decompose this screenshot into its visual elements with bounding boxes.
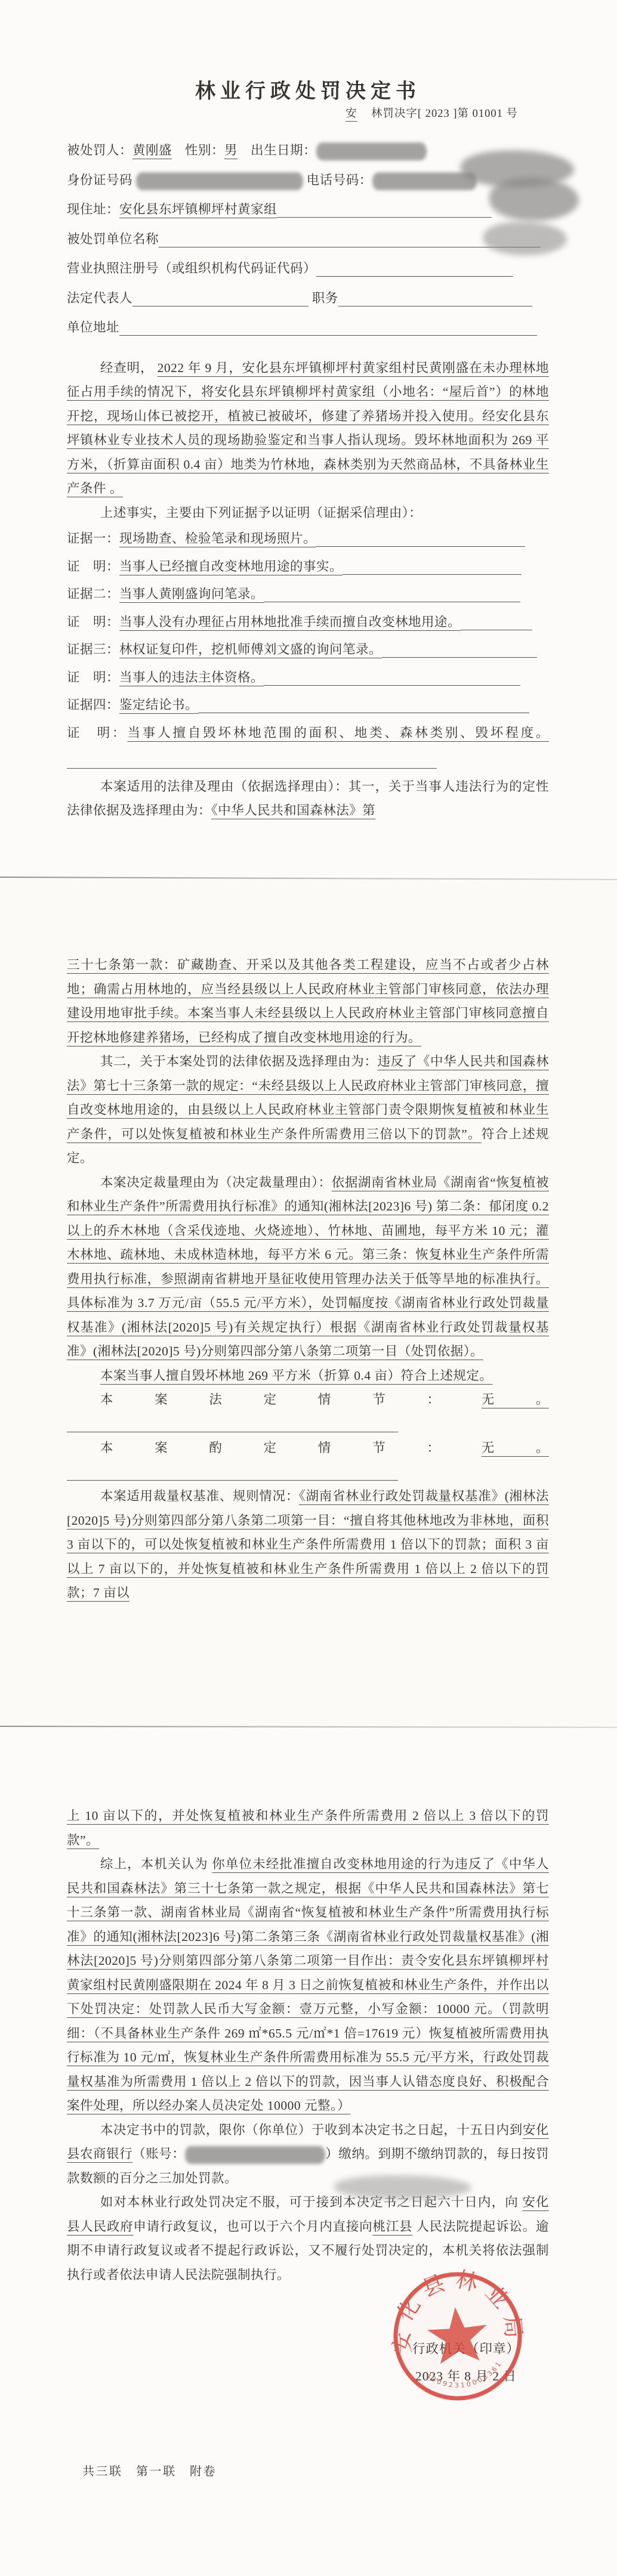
text-segment: 林权证复印件，挖机师傅刘文盛的询问笔录。 <box>119 642 382 657</box>
blank-line <box>461 617 532 630</box>
text-segment: 证据三： <box>67 642 119 657</box>
text-segment: 证 明： <box>67 670 119 685</box>
page-1: 林业行政处罚决定书 安林罚决字[ 2023 ]第 01001 号被处罚人：黄刚盛… <box>0 0 617 877</box>
page-1-paragraphs: 安林罚决字[ 2023 ]第 01001 号被处罚人：黄刚盛 性别：男 出生日期… <box>67 105 549 823</box>
evidence-1: 证据一：现场勘查、检验笔录和现场照片。 <box>67 525 549 553</box>
blank-line <box>343 561 522 575</box>
blank-line <box>264 589 520 603</box>
text-segment: 无。 <box>482 1441 549 1455</box>
blank-line <box>316 264 513 277</box>
text-segment: 当事人的违法主体资格。 <box>119 670 264 685</box>
text-segment: 安 <box>332 105 371 123</box>
doc-title-spacer: 安林罚决字[ 2023 ]第 01001 号 <box>67 105 549 123</box>
text-segment: 当事人已经擅自改变林地用途的事实。 <box>119 559 343 574</box>
text-segment: 身份证号码 <box>67 173 136 187</box>
text-segment: 本案法定情节： <box>100 1392 482 1407</box>
text-segment: 职务 <box>308 291 338 305</box>
blank-line <box>67 756 437 769</box>
evidence-2-proof: 证 明：当事人没有办理征占用林地批准手续而擅自改变林地用途。 <box>67 608 549 636</box>
blank-line <box>277 205 492 218</box>
law-article-37: 三十七条第一款：矿藏勘查、开采以及其他各类工程建设，应当不占或者少占林地；确需占… <box>67 953 549 1049</box>
discretion-reason: 本案决定裁量理由为（决定裁量理由）：依据湖南省林业局《湖南省“恢复植被和林业生产… <box>67 1171 549 1364</box>
text-segment: （账号： <box>132 2147 185 2161</box>
penalty-basis: 其二，关于本案处罚的法律依据及选择理由为：违反了《中华人民共和国森林法》第七十三… <box>67 1049 549 1171</box>
decision-paragraph: 综上，本机关认为 你单位未经批准擅自改变林地用途的行为违反了《中华人民共和国森林… <box>67 1852 549 2118</box>
redaction-smudge <box>334 2175 471 2199</box>
discretionary-circumstances: 本案酌定情节：无。 <box>67 1436 549 1484</box>
blank-line <box>264 672 520 686</box>
text-segment: 男 <box>224 143 237 157</box>
text-segment: 如对本林业行政处罚决定不服，可于接到本决定书之日起六十日内，向 <box>100 2195 522 2209</box>
redaction-smudge <box>316 143 427 160</box>
evidence-intro: 上述事实，主要由下列证据予以证明（证据采信理由）： <box>67 501 549 525</box>
evidence-4-proof: 证 明：当事人擅自毁坏林地范围的面积、地类、森林类别、毁坏程度。 <box>67 719 549 775</box>
text-segment: 安化县东坪镇柳坪村黄家组 <box>119 202 277 216</box>
payment-paragraph: 本决定书中的罚款，限你（你单位）于收到本决定书之日起，十五日内到安化县农商银行（… <box>67 2118 549 2191</box>
text-segment: 本案决定裁量理由为（决定裁量理由）： <box>100 1175 332 1190</box>
form-line-unit-address: 单位地址 <box>67 313 549 343</box>
page-3: 上 10 亩以下的，并处恢复植被和林业生产条件所需费用 2 倍以上 3 倍以下的… <box>0 1727 617 2576</box>
footer-copy-info: 共三联 第一联 附卷 <box>82 2462 217 2479</box>
official-seal: 安化县林业局 43092310003361 <box>382 2260 533 2412</box>
redaction-smudge <box>489 178 579 221</box>
text-segment: 综上，本机关认为 <box>100 1857 212 1871</box>
text-segment: 桃江县 <box>372 2219 412 2234</box>
text-segment: 本决定书中的罚款，限你（你单位）于收到本决定书之日起，十五日内到 <box>100 2123 523 2137</box>
text-segment: 当事人擅自毁坏林地范围的面积、地类、森林类别、毁坏程度。 <box>127 726 549 740</box>
redaction-smudge <box>372 172 477 190</box>
text-segment: 证据一： <box>67 531 119 546</box>
text-segment: 现场勘查、检验笔录和现场照片。 <box>119 531 316 546</box>
scanned-document: 林业行政处罚决定书 安林罚决字[ 2023 ]第 01001 号被处罚人：黄刚盛… <box>0 0 617 2576</box>
text-segment: 当事人没有办理征占用林地批准手续而擅自改变林地用途。 <box>119 615 461 629</box>
text-segment: 电话号码： <box>303 173 372 187</box>
text-segment: 证 明： <box>67 726 127 740</box>
statutory-circumstances: 本案法定情节：无。 <box>67 1388 549 1436</box>
law-basis-intro: 本案适用的法律及理由（依据选择理由）：其一，关于当事人违法行为的定性法律依据及选… <box>67 775 549 823</box>
benchmark-continued: 上 10 亩以下的，并处恢复植被和林业生产条件所需费用 2 倍以上 3 倍以下的… <box>67 1804 549 1852</box>
text-segment: 黄刚盛 <box>132 143 172 157</box>
text-segment: 证 明： <box>67 559 119 574</box>
text-segment: 性别： <box>172 143 224 157</box>
blank-line <box>67 1467 398 1481</box>
text-segment: 证据四： <box>67 698 119 712</box>
evidence-4: 证据四：鉴定结论书。 <box>67 691 549 719</box>
form-line-unit-name: 被处罚单位名称 <box>67 225 549 255</box>
text-segment: 《湖南省林业行政处罚裁量权基准》(湘林法[2020]5 号)分则第四部分第八条第… <box>67 1489 549 1600</box>
page-2: 三十七条第一款：矿藏勘查、开采以及其他各类工程建设，应当不占或者少占林地；确需占… <box>0 878 617 1725</box>
text-segment: 你单位未经批准擅自改变林地用途的行为违反了《中华人民共和国森林法》第三十七条第一… <box>67 1857 549 2113</box>
text-segment: 当事人黄刚盛询问笔录。 <box>119 587 264 601</box>
evidence-2: 证据二：当事人黄刚盛询问笔录。 <box>67 580 549 608</box>
text-segment: 本案适用裁量权基准、规则情况： <box>100 1489 299 1503</box>
text-segment: 本案当事人擅自毁坏林地 269 平方米（折算 0.4 亩）符合上述规定。 <box>100 1368 493 1383</box>
text-segment: 单位地址 <box>67 320 119 335</box>
evidence-1-proof: 证 明：当事人已经擅自改变林地用途的事实。 <box>67 553 549 581</box>
document-title: 林业行政处罚决定书 <box>67 79 549 105</box>
text-segment: 证据二： <box>67 587 119 601</box>
text-segment: 依据湖南省林业局《湖南省“恢复植被和林业生产条件”所需费用执行标准》的通知(湘林… <box>67 1175 549 1359</box>
text-segment: 鉴定结论书。 <box>119 698 198 712</box>
facts-paragraph: 经查明， 2022 年 9 月，安化县东坪镇柳坪村黄家组村民黄刚盛在未办理林地征… <box>67 356 549 501</box>
discretion-benchmark: 本案适用裁量权基准、规则情况：《湖南省林业行政处罚裁量权基准》(湘林法[2020… <box>67 1484 549 1605</box>
form-line-legal-rep: 法定代表人 职务 <box>67 284 549 314</box>
blank-line <box>132 293 308 306</box>
text-segment: 本案酌定情节： <box>100 1441 482 1455</box>
text-segment: 被处罚单位名称 <box>67 232 159 246</box>
evidence-3-proof: 证 明：当事人的违法主体资格。 <box>67 664 549 692</box>
text-segment: 法定代表人 <box>67 291 132 305</box>
evidence-3: 证据三：林权证复印件，挖机师傅刘文盛的询问笔录。 <box>67 636 549 664</box>
text-segment: 证 明： <box>67 615 119 629</box>
redaction-smudge <box>136 172 303 190</box>
blank-line <box>382 645 537 658</box>
blank-line <box>198 700 529 714</box>
form-line-license: 营业执照注册号（或组织机构代码证代码） <box>67 254 549 284</box>
text-segment: 现住址： <box>67 202 119 216</box>
text-segment: 申请行政复议，也可以于六个月内直接向 <box>133 2219 372 2234</box>
text-segment: 2022 年 9 月，安化县东坪镇柳坪村黄家组村民黄刚盛在未办理林地征占用手续的… <box>67 361 549 496</box>
blank-line <box>67 1419 398 1432</box>
text-segment: 林罚决字[ 2023 ]第 01001 号 <box>371 108 518 120</box>
case-area-statement: 本案当事人擅自毁坏林地 269 平方米（折算 0.4 亩）符合上述规定。 <box>67 1364 549 1388</box>
text-segment: 无。 <box>482 1392 549 1407</box>
text-segment: 出生日期： <box>237 143 316 157</box>
text-segment: 其二，关于本案处罚的法律依据及选择理由为： <box>100 1054 378 1069</box>
redaction-smudge <box>185 2146 325 2164</box>
blank-line <box>119 323 537 336</box>
text-segment: 三十七条第一款：矿藏勘查、开采以及其他各类工程建设，应当不占或者少占林地；确需占… <box>67 958 549 1045</box>
page-3-paragraphs: 上 10 亩以下的，并处恢复植被和林业生产条件所需费用 2 倍以上 3 倍以下的… <box>67 1804 549 2287</box>
text-segment: 上 10 亩以下的，并处恢复植被和林业生产条件所需费用 2 倍以上 3 倍以下的… <box>67 1809 549 1847</box>
form-line-address: 现住址：安化县东坪镇柳坪村黄家组 <box>67 195 549 225</box>
blank-line <box>316 534 525 547</box>
text-segment: 经查明， <box>100 361 158 375</box>
page-2-paragraphs: 三十七条第一款：矿藏勘查、开采以及其他各类工程建设，应当不占或者少占林地；确需占… <box>67 953 549 1605</box>
text-segment: 营业执照注册号（或组织机构代码证代码） <box>67 261 316 275</box>
text-segment: 《中华人民共和国森林法》第 <box>211 803 375 818</box>
text-segment: 被处罚人： <box>67 143 132 157</box>
text-segment: 上述事实，主要由下列证据予以证明（证据采信理由）： <box>100 506 422 520</box>
blank-line <box>338 293 532 306</box>
redaction-smudge <box>483 222 567 255</box>
